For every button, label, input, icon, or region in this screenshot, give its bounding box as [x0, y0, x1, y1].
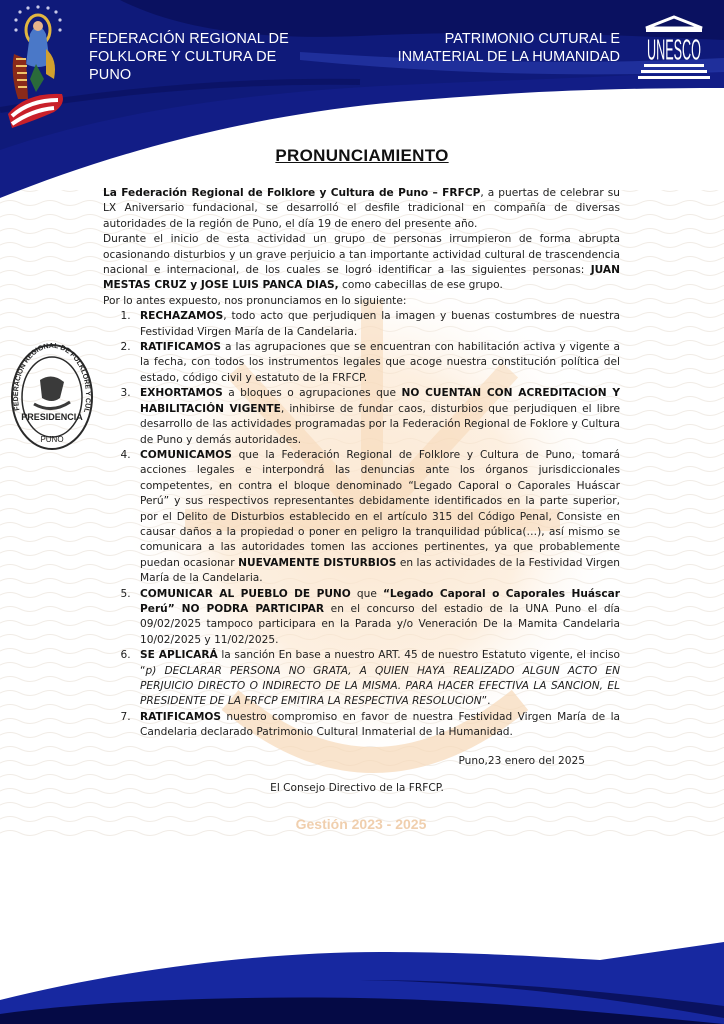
management-period: Gestión 2023 - 2025 [0, 816, 724, 832]
list-item: EXHORTAMOS a bloques o agrupaciones que … [134, 386, 620, 448]
heritage-label: PATRIMONIO CUTURAL E INMATERIAL DE LA HU… [398, 30, 620, 66]
list-item: RATIFICAMOS nuestro compromiso en favor … [134, 710, 620, 741]
organization-name: FEDERACIÓN REGIONAL DE FOLKLORE Y CULTUR… [89, 30, 289, 84]
unesco-temple-icon: UNESCO [638, 14, 710, 80]
list-item: COMUNICAR AL PUEBLO DE PUNO que “Legado … [134, 587, 620, 649]
virgin-candelaria-emblem-icon [6, 4, 66, 132]
list-item: RECHAZAMOS, todo acto que perjudiquen la… [134, 309, 620, 340]
incident-paragraph: Durante el inicio de esta actividad un g… [103, 232, 620, 294]
list-item: COMUNICAMOS que la Federación Regional d… [134, 448, 620, 587]
pronouncement-list: RECHAZAMOS, todo acto que perjudiquen la… [103, 309, 620, 740]
presidency-stamp-icon: PRESIDENCIA PUNO FEDERACIÓN REGIONAL DE … [10, 342, 94, 452]
date-line: Puno,23 enero del 2025 [458, 755, 585, 767]
document-body: La Federación Regional de Folklore y Cul… [103, 186, 620, 741]
lead-in: Por lo antes expuesto, nos pronunciamos … [103, 294, 620, 309]
list-item: RATIFICAMOS a las agrupaciones que se en… [134, 340, 620, 386]
svg-text:PUNO: PUNO [40, 435, 63, 444]
intro-paragraph: La Federación Regional de Folklore y Cul… [103, 186, 620, 232]
footer-banner [0, 900, 724, 1024]
svg-text:UNESCO: UNESCO [647, 34, 701, 67]
svg-text:PRESIDENCIA: PRESIDENCIA [21, 412, 83, 422]
signature-line: El Consejo Directivo de la FRFCP. [0, 782, 724, 794]
list-item: SE APLICARÁ la sanción En base a nuestro… [134, 648, 620, 710]
document-title: PRONUNCIAMIENTO [0, 146, 724, 166]
